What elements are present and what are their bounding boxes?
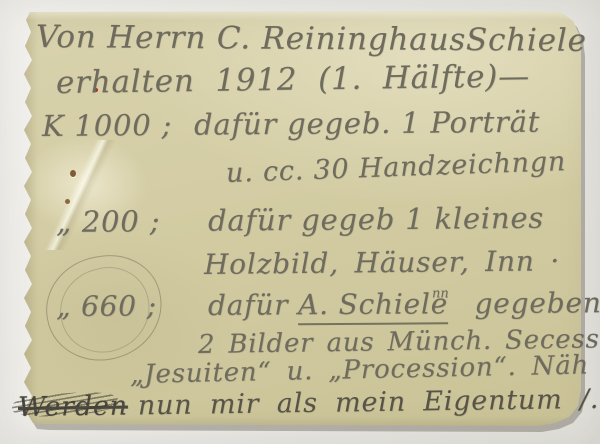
handwriting-layer: Von Herrn C. Reininghaus Schiele erhalte… [0,0,600,444]
line-7-underlined-name: A. Schiele [298,287,448,325]
handwriting-line-1: Von Herrn C. Reininghaus Schiele [36,22,560,57]
line-5-amount: „ 200 ; [56,207,208,237]
line-4-text: u. cc. 30 Handzeichngn [225,146,566,189]
line-10-text: nun mir als mein Eigentum /. [138,384,600,421]
handwriting-line-4: u. cc. 30 Handzeichngn [226,148,567,187]
line-10-struck-word: Werden [18,392,128,421]
line-2-text: erhalten 1912 (1. Hälfte)— [56,58,530,101]
line-5-text: dafür gegeb 1 kleines [208,201,544,238]
line-7-text-post: gegeben, [465,286,600,320]
photograph-of-note: Von Herrn C. Reininghaus Schiele erhalte… [0,0,600,444]
line-3-text: dafür gegeb. 1 Porträt [194,105,540,142]
handwriting-line-10: Werdennun mir als mein Eigentum /. [18,386,600,421]
handwriting-line-2: erhalten 1912 (1. Hälfte)— [56,61,530,99]
line-7-text-pre: dafür [208,288,298,322]
line-3-amount: K 1000 ; [42,111,194,141]
line-6-text: Holzbild, Häuser, Inn · [204,244,560,281]
line-7-amount: „ 660 ; [56,292,208,321]
line-7-insertion-mark: nn [432,287,449,300]
handwriting-line-6: Holzbild, Häuser, Inn · [204,247,560,279]
handwriting-line-3: K 1000 ;dafür gegeb. 1 Porträt [42,108,540,141]
handwriting-line-5: „ 200 ;dafür gegeb 1 kleines [56,204,544,237]
handwriting-line-7: „ 660 ;dafür A. Schielenn gegeben, [56,289,600,321]
line-1-text: Von Herrn C. Reininghaus [36,22,466,56]
line-1-artist-name: Schiele [466,25,587,57]
